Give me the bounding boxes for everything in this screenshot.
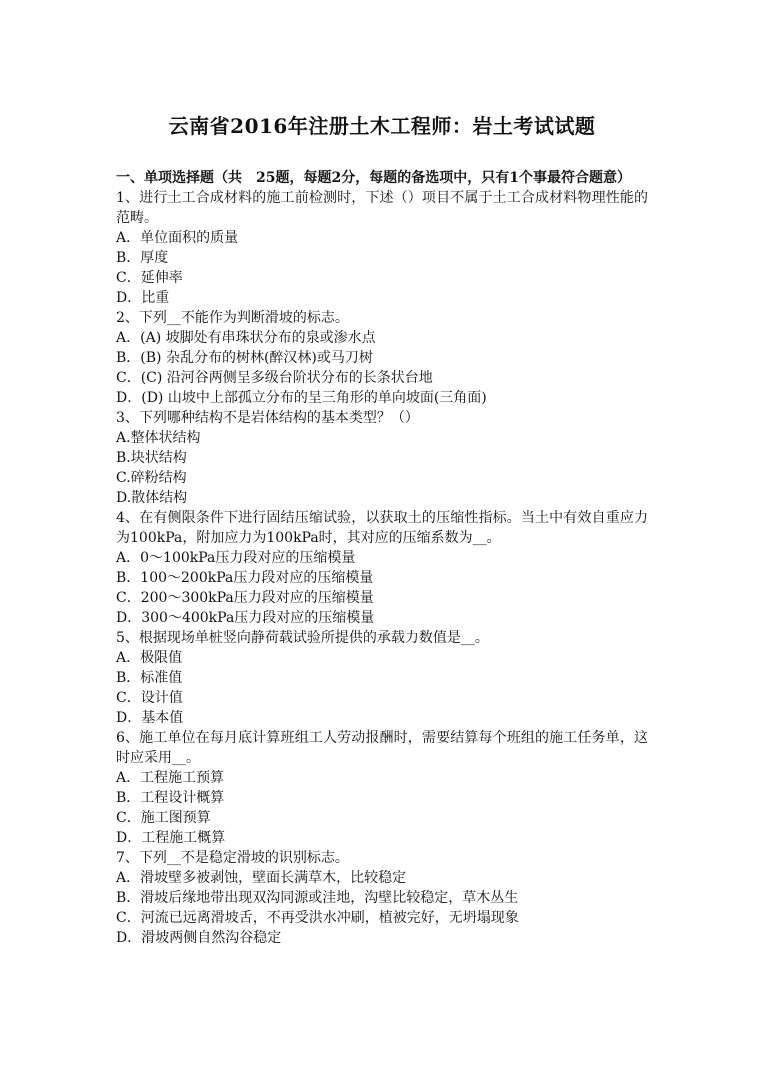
question-7-option-a: A．滑坡壁多被剥蚀，壁面长满草木，比较稳定 xyxy=(116,868,648,888)
option-letter: C. xyxy=(116,468,131,488)
option-letter: D． xyxy=(116,708,141,728)
option-letter: D． xyxy=(116,388,141,408)
option-letter: C． xyxy=(116,588,141,608)
option-text: 滑坡壁多被剥蚀，壁面长满草木，比较稳定 xyxy=(140,870,406,886)
question-5-option-c: C．设计值 xyxy=(116,688,648,708)
question-stem: 3、下列哪种结构不是岩体结构的基本类型？（） xyxy=(116,408,648,428)
question-7-option-c: C．河流已远离滑坡舌，不再受洪水冲刷，植被完好，无坍塌现象 xyxy=(116,908,648,928)
option-list: A.整体状结构B.块状结构C.碎粉结构D.散体结构 xyxy=(116,428,648,508)
option-text: 单位面积的质量 xyxy=(140,230,238,246)
option-text: 工程设计概算 xyxy=(140,790,224,806)
option-text: (B) 杂乱分布的树林(醉汉林)或马刀树 xyxy=(140,350,373,366)
option-text: 块状结构 xyxy=(131,450,187,466)
question-4-option-d: D．300～400kPa压力段对应的压缩模量 xyxy=(116,608,648,628)
option-letter: A． xyxy=(116,328,140,348)
question-stem: 6、施工单位在每月底计算班组工人劳动报酬时，需要结算每个班组的施工任务单，这时应… xyxy=(116,728,648,768)
option-letter: C． xyxy=(116,908,141,928)
option-letter: B． xyxy=(116,668,140,688)
question-3-option-d: D.散体结构 xyxy=(116,488,648,508)
option-text: 滑坡后缘地带出现双沟同源或洼地，沟壁比较稳定，草木丛生 xyxy=(140,890,518,906)
option-text: 施工图预算 xyxy=(141,810,211,826)
question-1-option-b: B．厚度 xyxy=(116,248,648,268)
option-letter: C． xyxy=(116,368,141,388)
question-2-option-a: A．(A) 坡脚处有串珠状分布的泉或渗水点 xyxy=(116,328,648,348)
option-letter: D． xyxy=(116,608,141,628)
option-letter: B． xyxy=(116,568,140,588)
option-text: 100～200kPa压力段对应的压缩模量 xyxy=(140,570,373,586)
question-5: 5、根据现场单桩竖向静荷载试验所提供的承载力数值是__。 A．极限值B．标准值C… xyxy=(116,628,648,728)
option-letter: A． xyxy=(116,228,140,248)
question-6-option-b: B．工程设计概算 xyxy=(116,788,648,808)
option-text: 标准值 xyxy=(140,670,182,686)
option-list: A．极限值B．标准值C．设计值D．基本值 xyxy=(116,648,648,728)
question-1-option-c: C．延伸率 xyxy=(116,268,648,288)
document-title: 云南省2016年注册土木工程师：岩土考试试题 xyxy=(116,112,648,140)
question-5-option-a: A．极限值 xyxy=(116,648,648,668)
question-6-option-c: C．施工图预算 xyxy=(116,808,648,828)
option-letter: A． xyxy=(116,548,140,568)
question-4-option-b: B．100～200kPa压力段对应的压缩模量 xyxy=(116,568,648,588)
question-2-option-d: D．(D) 山坡中上部孤立分布的呈三角形的单向坡面(三角面) xyxy=(116,388,648,408)
option-text: 延伸率 xyxy=(141,270,183,286)
question-stem: 7、下列__不是稳定滑坡的识别标志。 xyxy=(116,848,648,868)
option-text: 200～300kPa压力段对应的压缩模量 xyxy=(141,590,374,606)
question-5-option-b: B．标准值 xyxy=(116,668,648,688)
question-7-option-d: D．滑坡两侧自然沟谷稳定 xyxy=(116,928,648,948)
question-3-option-c: C.碎粉结构 xyxy=(116,468,648,488)
option-letter: D． xyxy=(116,288,141,308)
question-3: 3、下列哪种结构不是岩体结构的基本类型？（） A.整体状结构B.块状结构C.碎粉… xyxy=(116,408,648,508)
question-7: 7、下列__不是稳定滑坡的识别标志。 A．滑坡壁多被剥蚀，壁面长满草木，比较稳定… xyxy=(116,848,648,948)
question-7-option-b: B．滑坡后缘地带出现双沟同源或洼地，沟壁比较稳定，草木丛生 xyxy=(116,888,648,908)
question-stem: 5、根据现场单桩竖向静荷载试验所提供的承载力数值是__。 xyxy=(116,628,648,648)
option-text: 整体状结构 xyxy=(131,430,201,446)
section-heading: 一、单项选择题（共 25题，每题2分，每题的备选项中，只有1个事最符合题意） xyxy=(116,168,648,188)
question-list: 1、进行土工合成材料的施工前检测时，下述（）项目不属于土工合成材料物理性能的范畴… xyxy=(116,188,648,948)
option-list: A．单位面积的质量B．厚度C．延伸率D．比重 xyxy=(116,228,648,308)
option-text: 厚度 xyxy=(140,250,168,266)
option-text: 0～100kPa压力段对应的压缩模量 xyxy=(140,550,355,566)
option-letter: A． xyxy=(116,868,140,888)
option-letter: B. xyxy=(116,448,131,468)
option-letter: B． xyxy=(116,348,140,368)
option-text: 碎粉结构 xyxy=(131,470,187,486)
question-4-option-c: C．200～300kPa压力段对应的压缩模量 xyxy=(116,588,648,608)
option-text: 工程施工预算 xyxy=(140,770,224,786)
question-2-option-b: B．(B) 杂乱分布的树林(醉汉林)或马刀树 xyxy=(116,348,648,368)
question-6-option-a: A．工程施工预算 xyxy=(116,768,648,788)
question-6: 6、施工单位在每月底计算班组工人劳动报酬时，需要结算每个班组的施工任务单，这时应… xyxy=(116,728,648,848)
option-list: A．(A) 坡脚处有串珠状分布的泉或渗水点B．(B) 杂乱分布的树林(醉汉林)或… xyxy=(116,328,648,408)
option-list: A．工程施工预算B．工程设计概算C．施工图预算D．工程施工概算 xyxy=(116,768,648,848)
option-letter: B． xyxy=(116,248,140,268)
option-text: 滑坡两侧自然沟谷稳定 xyxy=(141,930,281,946)
option-text: 比重 xyxy=(141,290,169,306)
question-4-option-a: A．0～100kPa压力段对应的压缩模量 xyxy=(116,548,648,568)
option-letter: B． xyxy=(116,888,140,908)
option-letter: C． xyxy=(116,268,141,288)
option-letter: B． xyxy=(116,788,140,808)
question-1: 1、进行土工合成材料的施工前检测时，下述（）项目不属于土工合成材料物理性能的范畴… xyxy=(116,188,648,308)
option-text: 散体结构 xyxy=(131,490,187,506)
question-4: 4、在有侧限条件下进行固结压缩试验，以获取土的压缩性指标。当土中有效自重应力为1… xyxy=(116,508,648,628)
option-list: A．滑坡壁多被剥蚀，壁面长满草木，比较稳定B．滑坡后缘地带出现双沟同源或洼地，沟… xyxy=(116,868,648,948)
question-3-option-a: A.整体状结构 xyxy=(116,428,648,448)
option-letter: D. xyxy=(116,488,131,508)
option-text: (A) 坡脚处有串珠状分布的泉或渗水点 xyxy=(140,330,375,346)
option-letter: A． xyxy=(116,768,140,788)
option-text: 设计值 xyxy=(141,690,183,706)
question-2-option-c: C．(C) 沿河谷两侧呈多级台阶状分布的长条状台地 xyxy=(116,368,648,388)
question-stem: 4、在有侧限条件下进行固结压缩试验，以获取土的压缩性指标。当土中有效自重应力为1… xyxy=(116,508,648,548)
question-stem: 2、下列__不能作为判断滑坡的标志。 xyxy=(116,308,648,328)
option-text: (C) 沿河谷两侧呈多级台阶状分布的长条状台地 xyxy=(141,370,433,386)
option-letter: C． xyxy=(116,688,141,708)
option-text: 河流已远离滑坡舌，不再受洪水冲刷，植被完好，无坍塌现象 xyxy=(141,910,519,926)
document-page: 云南省2016年注册土木工程师：岩土考试试题 一、单项选择题（共 25题，每题2… xyxy=(116,112,648,948)
option-text: 极限值 xyxy=(140,650,182,666)
question-1-option-a: A．单位面积的质量 xyxy=(116,228,648,248)
option-list: A．0～100kPa压力段对应的压缩模量B．100～200kPa压力段对应的压缩… xyxy=(116,548,648,628)
question-6-option-d: D．工程施工概算 xyxy=(116,828,648,848)
question-stem: 1、进行土工合成材料的施工前检测时，下述（）项目不属于土工合成材料物理性能的范畴… xyxy=(116,188,648,228)
option-text: 300～400kPa压力段对应的压缩模量 xyxy=(141,610,374,626)
question-3-option-b: B.块状结构 xyxy=(116,448,648,468)
question-5-option-d: D．基本值 xyxy=(116,708,648,728)
option-text: 工程施工概算 xyxy=(141,830,225,846)
option-text: 基本值 xyxy=(141,710,183,726)
option-letter: D． xyxy=(116,828,141,848)
option-letter: C． xyxy=(116,808,141,828)
question-2: 2、下列__不能作为判断滑坡的标志。 A．(A) 坡脚处有串珠状分布的泉或渗水点… xyxy=(116,308,648,408)
option-letter: A. xyxy=(116,428,131,448)
option-letter: A． xyxy=(116,648,140,668)
option-letter: D． xyxy=(116,928,141,948)
question-1-option-d: D．比重 xyxy=(116,288,648,308)
option-text: (D) 山坡中上部孤立分布的呈三角形的单向坡面(三角面) xyxy=(141,390,487,406)
